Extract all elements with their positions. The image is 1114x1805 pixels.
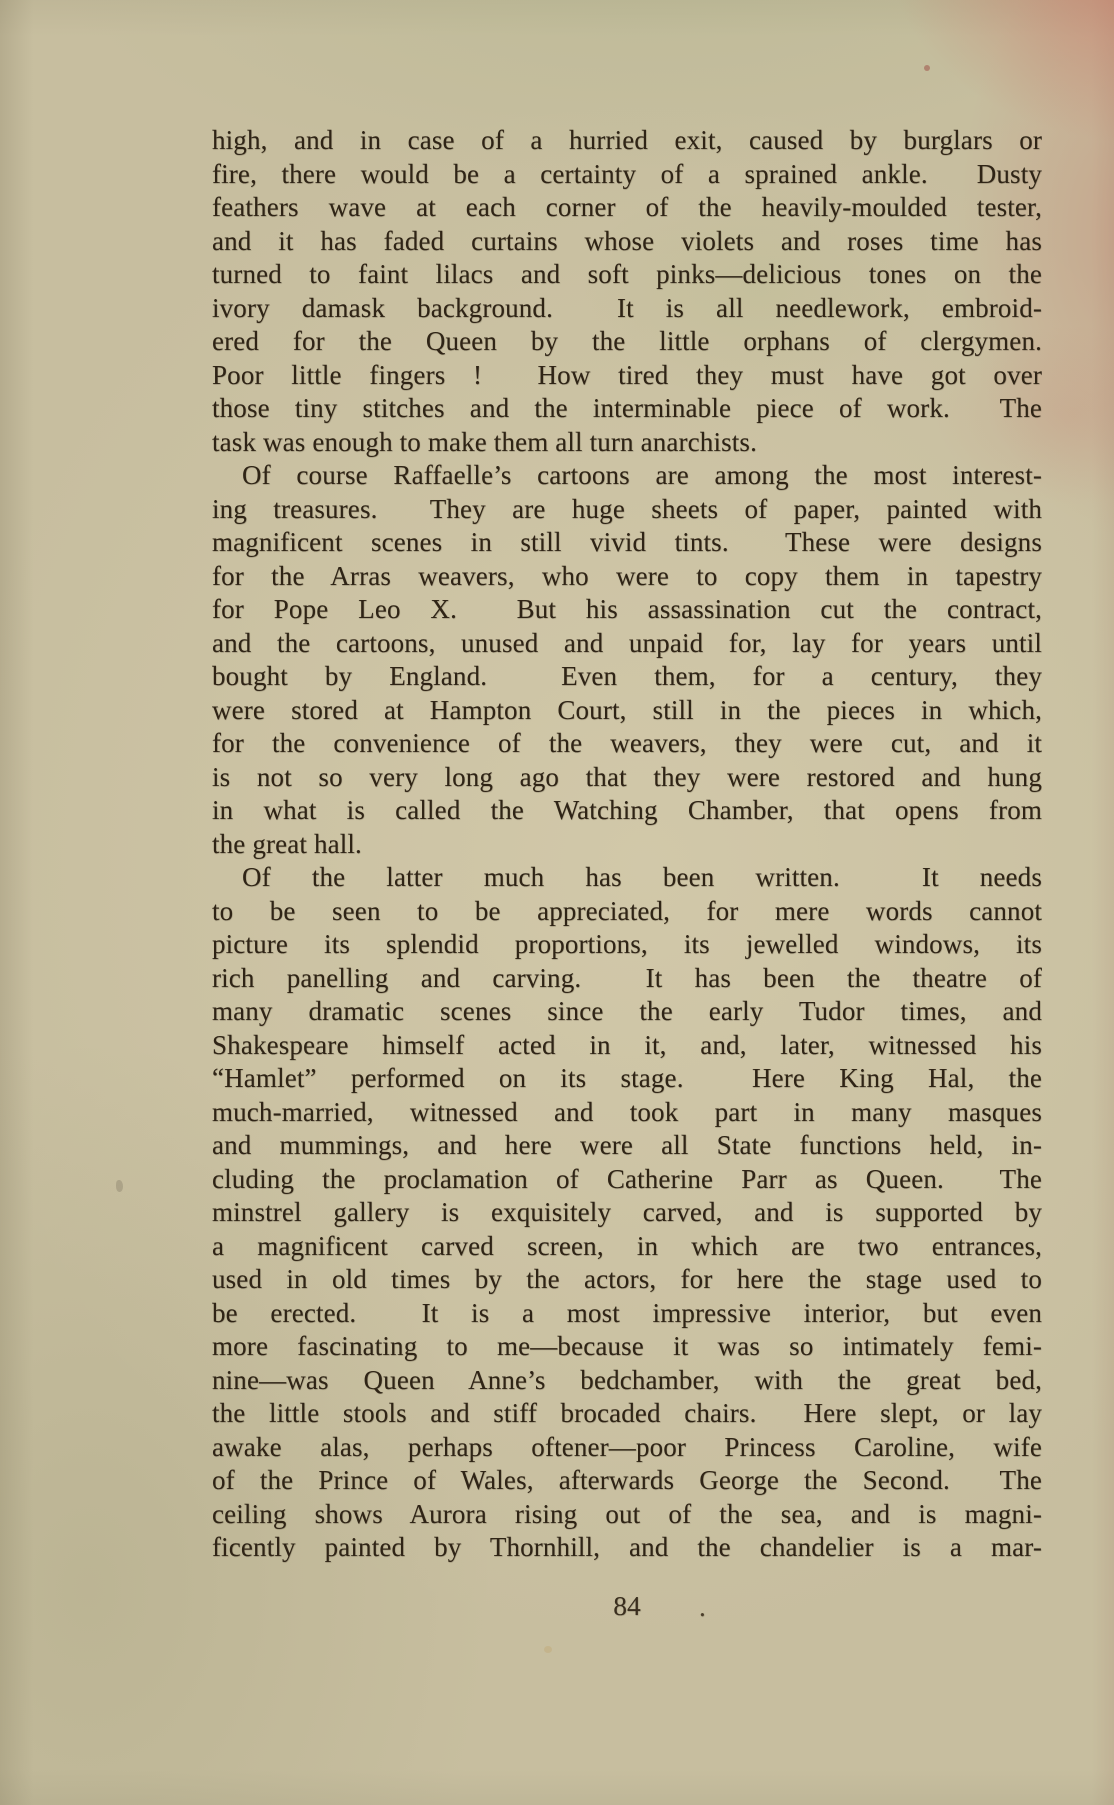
text-line: nine—was Queen Anne’s bedchamber, with t… [212, 1364, 1042, 1398]
text-line: magnificent scenes in still vivid tints.… [212, 526, 1042, 560]
text-line: picture its splendid proportions, its je… [212, 928, 1042, 962]
text-line: bought by England. Even them, for a cent… [212, 660, 1042, 694]
text-line: used in old times by the actors, for her… [212, 1263, 1042, 1297]
text-line: ivory damask background. It is all needl… [212, 292, 1042, 326]
text-line: for the Arras weavers, who were to copy … [212, 560, 1042, 594]
text-line: Shakespeare himself acted in it, and, la… [212, 1029, 1042, 1063]
text-line: and it has faded curtains whose violets … [212, 225, 1042, 259]
text-line: ceiling shows Aurora rising out of the s… [212, 1498, 1042, 1532]
text-line: ered for the Queen by the little orphans… [212, 325, 1042, 359]
text-line: be erected. It is a most impressive inte… [212, 1297, 1042, 1331]
paper-spot [544, 1646, 552, 1653]
paragraph-start-line: Of course Raffaelle’s cartoons are among… [212, 459, 1042, 493]
text-line: many dramatic scenes since the early Tud… [212, 995, 1042, 1029]
paragraph-start-line: Of the latter much has been written. It … [212, 861, 1042, 895]
text-line: rich panelling and carving. It has been … [212, 962, 1042, 996]
text-line: turned to faint lilacs and soft pinks—de… [212, 258, 1042, 292]
text-line: high, and in case of a hurried exit, cau… [212, 124, 1042, 158]
text-line: the little stools and stiff brocaded cha… [212, 1397, 1042, 1431]
page-footer: 84 . [212, 1589, 1042, 1623]
text-line: is not so very long ago that they were r… [212, 761, 1042, 795]
text-line: feathers wave at each corner of the heav… [212, 191, 1042, 225]
text-line: for the convenience of the weavers, they… [212, 727, 1042, 761]
paragraph-end-line: the great hall. [212, 828, 1042, 862]
text-line: minstrel gallery is exquisitely carved, … [212, 1196, 1042, 1230]
text-line: to be seen to be appreciated, for mere w… [212, 895, 1042, 929]
text-line: more fascinating to me—because it was so… [212, 1330, 1042, 1364]
text-line: “Hamlet” performed on its stage. Here Ki… [212, 1062, 1042, 1096]
paragraph-end-line: task was enough to make them all turn an… [212, 426, 1042, 460]
text-line: fire, there would be a certainty of a sp… [212, 158, 1042, 192]
scanned-book-page: { "page": { "number": "84", "dot": ".", … [0, 0, 1114, 1805]
text-line: much-married, witnessed and took part in… [212, 1096, 1042, 1130]
page-text-block: high, and in case of a hurried exit, cau… [212, 124, 1042, 1565]
text-line: in what is called the Watching Chamber, … [212, 794, 1042, 828]
stray-period-mark: . [699, 1591, 706, 1625]
page-number: 84 [613, 1590, 641, 1621]
text-line: for Pope Leo X. But his assassination cu… [212, 593, 1042, 627]
text-line: a magnificent carved screen, in which ar… [212, 1230, 1042, 1264]
text-line: ficently painted by Thornhill, and the c… [212, 1531, 1042, 1565]
text-line: Poor little fingers ! How tired they mus… [212, 359, 1042, 393]
text-line: ing treasures. They are huge sheets of p… [212, 493, 1042, 527]
text-line: and mummings, and here were all State fu… [212, 1129, 1042, 1163]
text-line: were stored at Hampton Court, still in t… [212, 694, 1042, 728]
text-line: awake alas, perhaps oftener—poor Princes… [212, 1431, 1042, 1465]
text-line: and the cartoons, unused and unpaid for,… [212, 627, 1042, 661]
text-line: of the Prince of Wales, afterwards Georg… [212, 1464, 1042, 1498]
text-line: cluding the proclamation of Catherine Pa… [212, 1163, 1042, 1197]
paper-stain-speck [924, 65, 930, 71]
text-line: those tiny stitches and the interminable… [212, 392, 1042, 426]
paper-scratch-mark [116, 1180, 123, 1192]
